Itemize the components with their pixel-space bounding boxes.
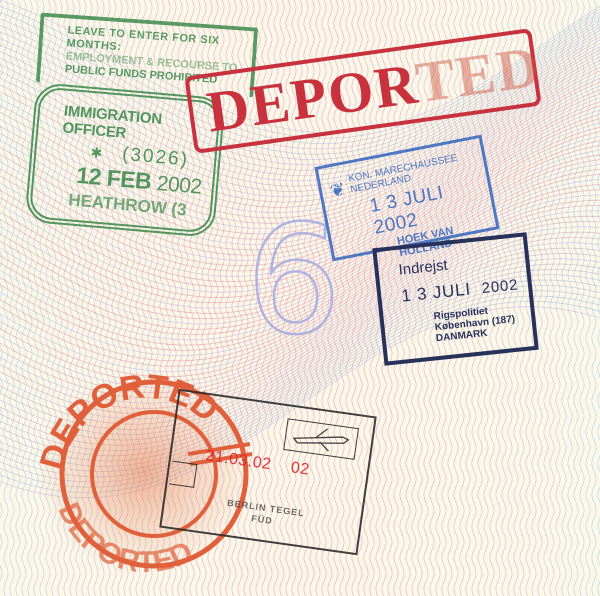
stamp-year: 2002 <box>481 276 519 297</box>
stamp-date: 1 3 JULI <box>400 279 471 305</box>
stamp-year: 2002 <box>156 172 203 199</box>
crest-icon: ❦ <box>328 179 347 202</box>
passport-page: 6 LEAVE TO ENTER FOR SIX MONTHS: EMPLOYM… <box>0 0 600 596</box>
exit-place: BERLIN TEGEL FÜD <box>225 497 306 532</box>
denmark-entry-stamp: Indrejst 1 3 JULI 2002 Rigspolitiet Købe… <box>372 232 538 366</box>
deported-text-faded: TED <box>412 33 545 115</box>
airplane-icon <box>283 418 359 460</box>
arrow-icon <box>169 461 197 488</box>
star-icon: ✱ <box>90 144 105 161</box>
germany-exit-stamp: 21.03.02 02 BERLIN TEGEL FÜD <box>159 389 377 555</box>
stamp-date: 12 FEB <box>75 162 152 194</box>
stamp-title: IMMIGRATION OFFICER <box>62 103 208 149</box>
stamp-heading: Indrejst <box>398 249 518 278</box>
exit-code: 02 <box>290 459 311 478</box>
